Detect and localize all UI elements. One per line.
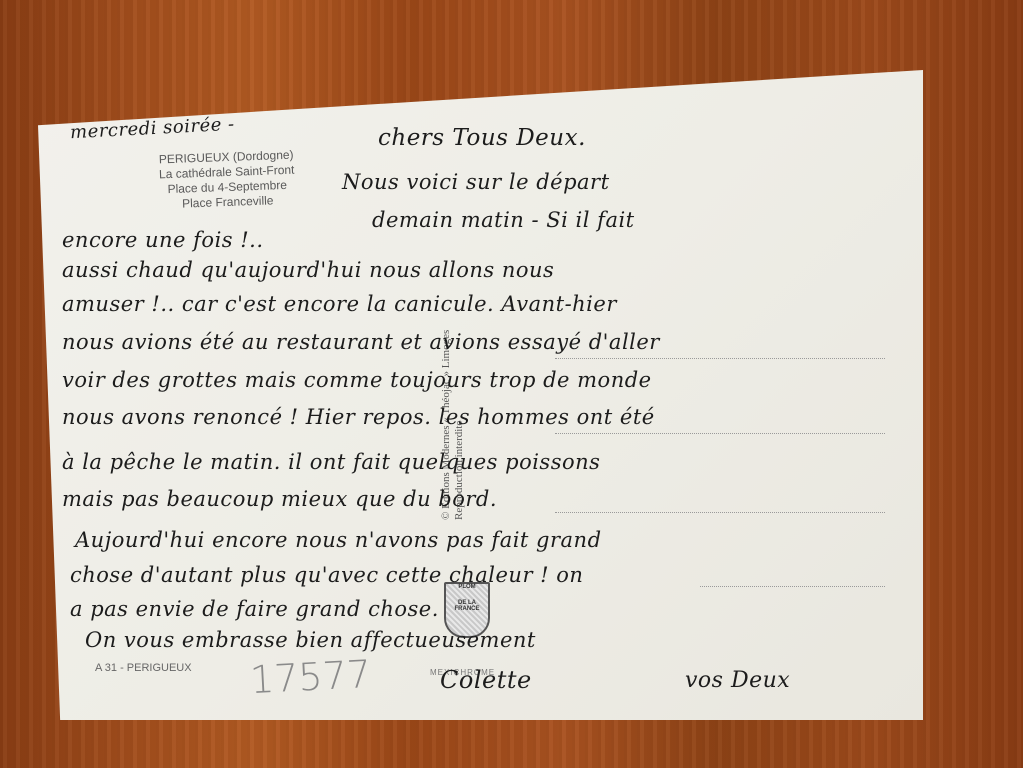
address-line — [555, 433, 885, 434]
handwritten-line: Nous voici sur le départ — [342, 170, 610, 194]
handwritten-line: voir des grottes mais comme toujours tro… — [62, 368, 652, 392]
handwritten-line: Aujourd'hui encore nous n'avons pas fait… — [75, 528, 602, 552]
handwritten-line: demain matin - Si il fait — [372, 208, 635, 232]
printed-caption: PERIGUEUX (Dordogne) La cathédrale Saint… — [126, 147, 328, 214]
handwritten-line: nous avons renoncé ! Hier repos. les hom… — [62, 405, 655, 429]
address-line — [700, 586, 885, 587]
handwritten-line: mais pas beaucoup mieux que du bord. — [62, 487, 497, 511]
card-code: A 31 - PERIGUEUX — [95, 662, 192, 674]
handwritten-closing: vos Deux — [685, 668, 790, 693]
handwritten-line: encore une fois !.. — [62, 228, 264, 252]
handwritten-line: amuser !.. car c'est encore la canicule.… — [62, 292, 617, 316]
pencil-number: 17577 — [249, 652, 372, 702]
address-line — [555, 358, 885, 359]
handwritten-greeting: chers Tous Deux. — [378, 125, 586, 151]
address-line — [555, 512, 885, 513]
handwritten-line: On vous embrasse bien affectueusement — [85, 628, 536, 652]
handwritten-line: chose d'autant plus qu'avec cette chaleu… — [70, 563, 583, 587]
handwritten-line: a pas envie de faire grand chose. — [70, 597, 439, 621]
handwritten-line: à la pêche le matin. il ont fait quelque… — [62, 450, 600, 474]
handwritten-line: aussi chaud qu'aujourd'hui nous allons n… — [62, 258, 554, 282]
handwritten-signature: Colette — [440, 666, 532, 694]
shield-text: FRANCE — [446, 606, 488, 612]
handwritten-line: nous avions été au restaurant et avions … — [62, 330, 660, 354]
